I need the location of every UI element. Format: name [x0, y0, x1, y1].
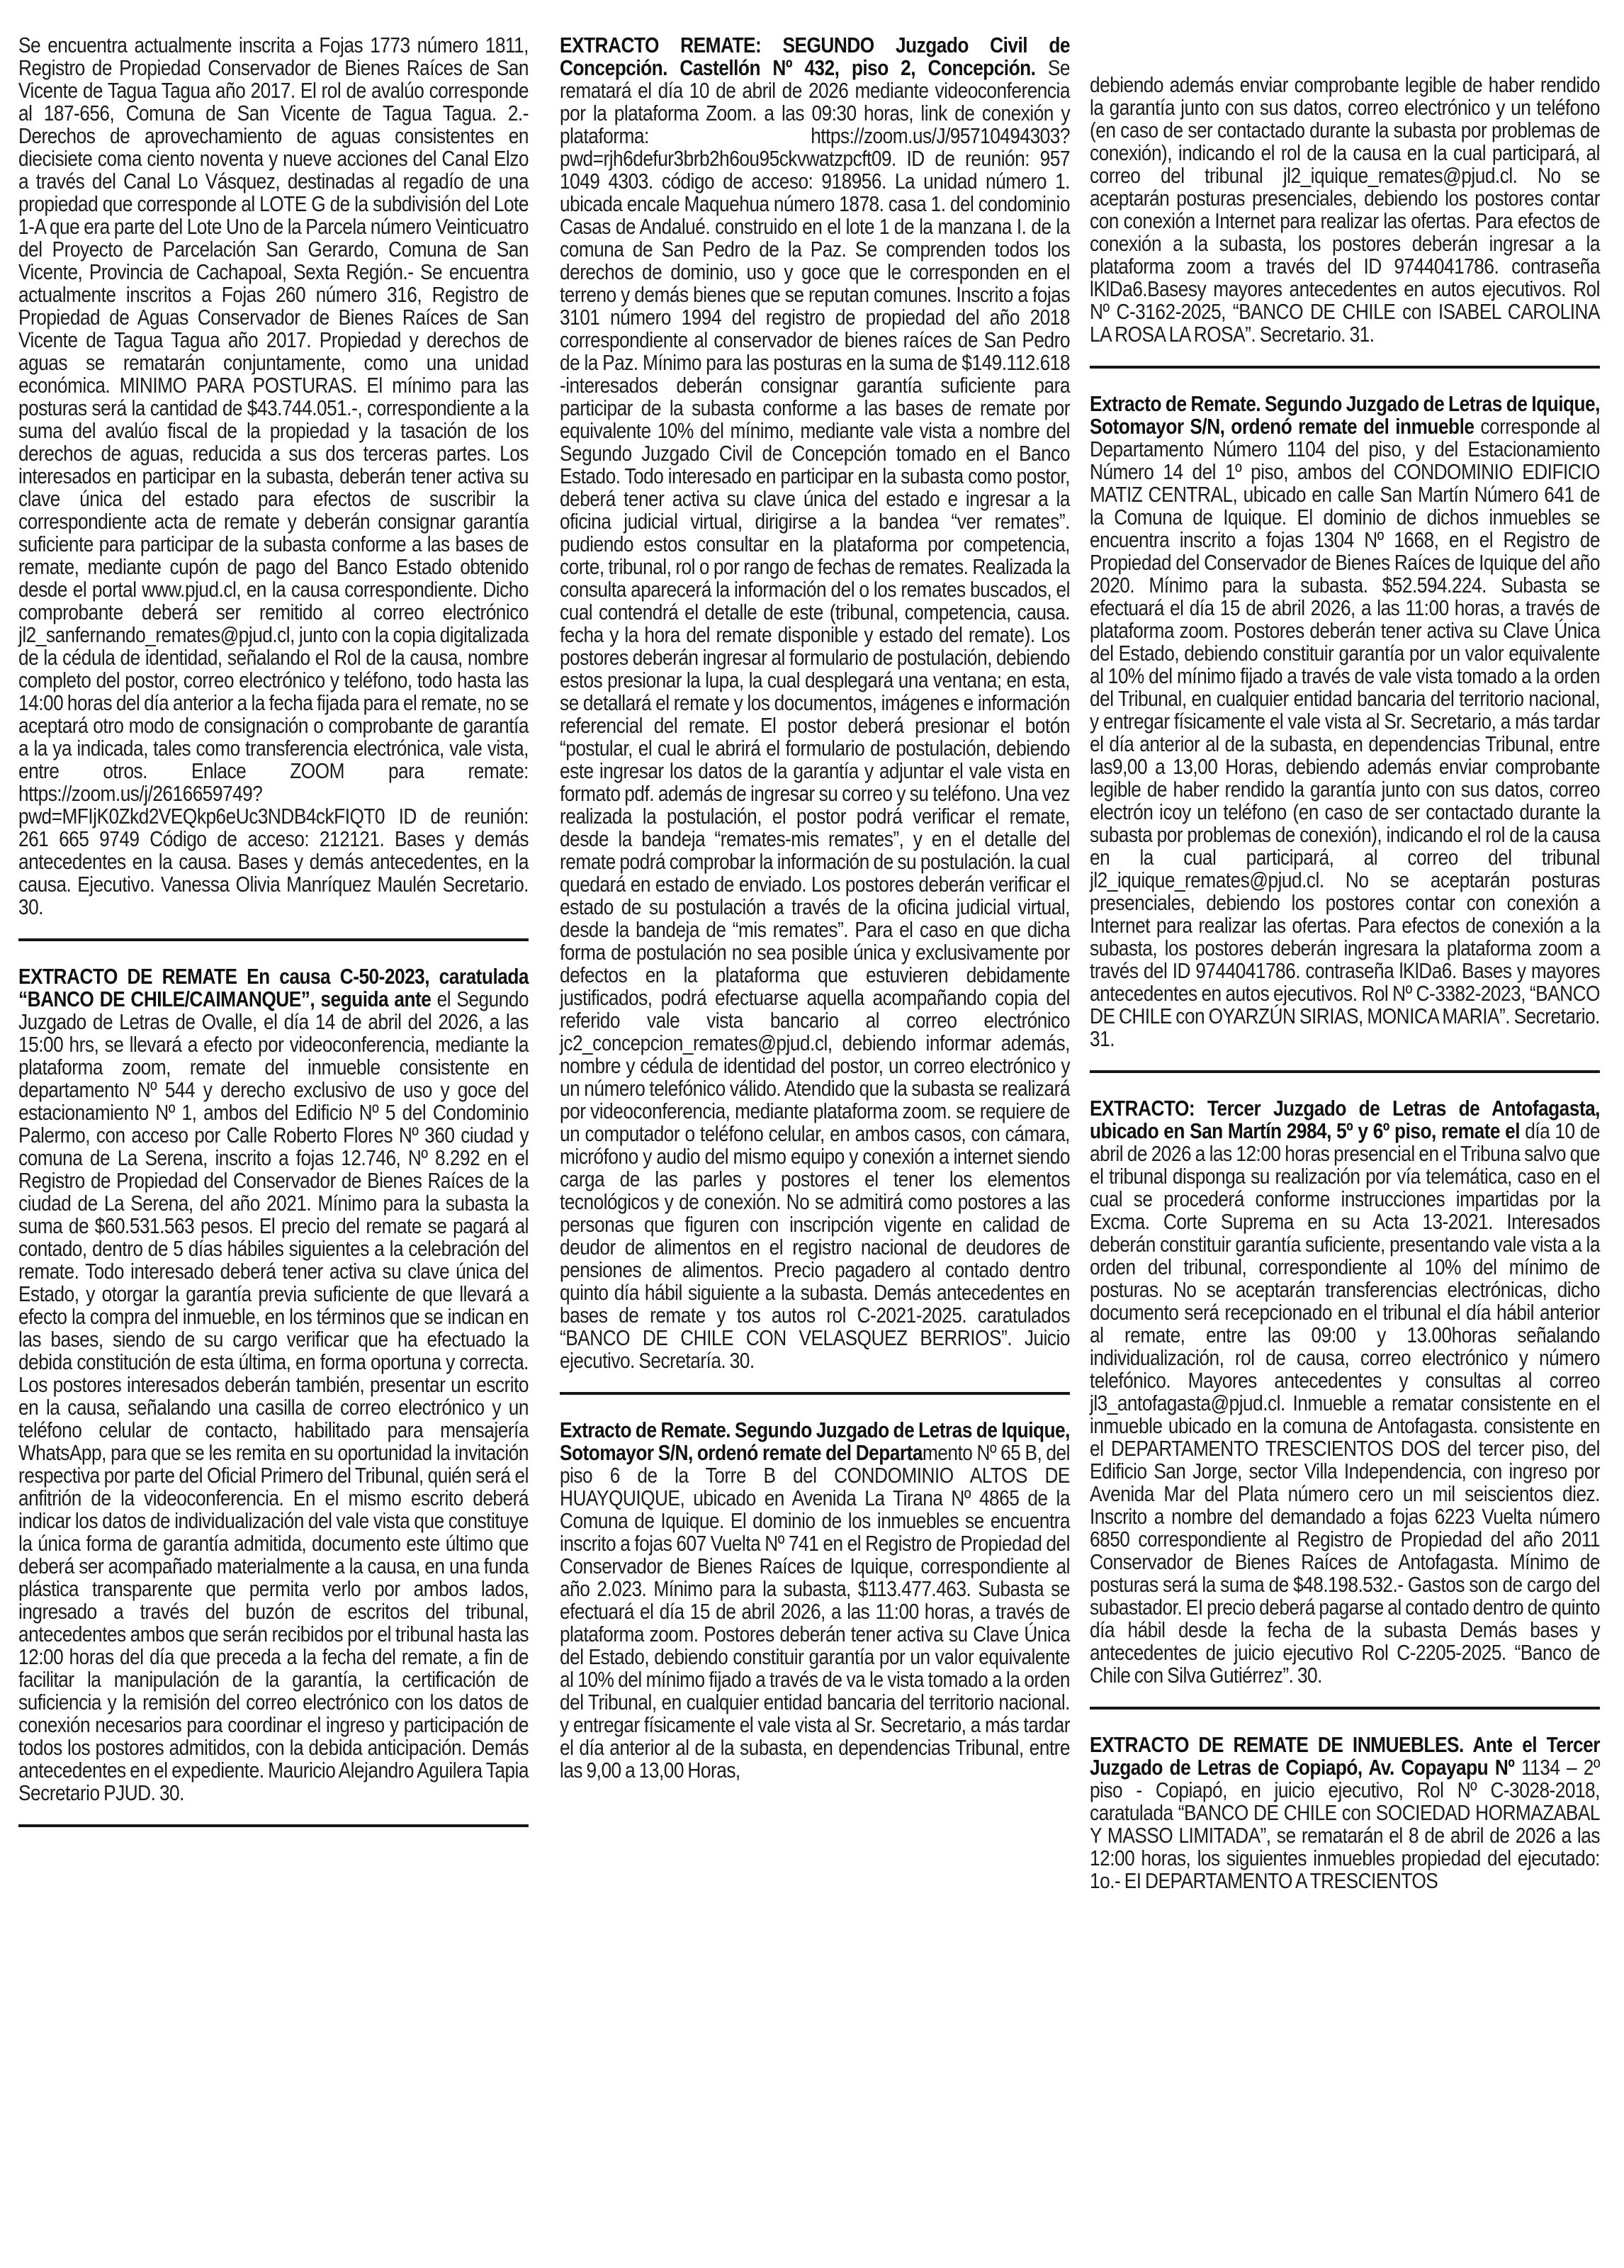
notice-body: corresponde al Departamento Número 1104 …	[1090, 414, 1600, 1051]
notice-body: día 10 de abril de 2026 a las 12:00 hora…	[1090, 1118, 1600, 1688]
notice-divider	[1090, 1707, 1600, 1710]
notice-body: mento Nº 65 B, del piso 6 de la Torre B …	[560, 1440, 1070, 1783]
legal-notice: debiendo además enviar comprobante legib…	[1090, 74, 1600, 346]
legal-notice: EXTRACTO DE REMATE En causa C-50-2023, c…	[18, 965, 529, 1804]
notice-divider	[1090, 366, 1600, 369]
legal-notice: EXTRACTO DE REMATE DE INMUEBLES. Ante el…	[1090, 1734, 1600, 1892]
notice-divider	[18, 1824, 529, 1827]
legal-notice: EXTRACTO: Tercer Juzgado de Letras de An…	[1090, 1097, 1600, 1687]
notice-body: el Segundo Juzgado de Letras de Ovalle, …	[18, 987, 529, 1805]
notice-divider	[1090, 1070, 1600, 1073]
notice-heading: EXTRACTO REMATE: SEGUNDO Juzgado Civil d…	[560, 33, 1070, 80]
notice-body: Se encuentra actualmente inscrita a Foja…	[18, 33, 529, 919]
column-1: Se encuentra actualmente inscrita a Foja…	[18, 34, 529, 1851]
notice-divider	[560, 1392, 1070, 1395]
notice-body: debiendo además enviar comprobante legib…	[1090, 72, 1600, 347]
column-2: EXTRACTO REMATE: SEGUNDO Juzgado Civil d…	[560, 34, 1070, 1782]
newspaper-page: Se encuentra actualmente inscrita a Foja…	[0, 0, 1624, 2268]
notice-body: Se rematará el día 10 de abril de 2026 m…	[560, 55, 1070, 1373]
legal-notice: Extracto de Remate. Segundo Juzgado de L…	[560, 1419, 1070, 1782]
column-3: debiendo además enviar comprobante legib…	[1090, 74, 1600, 1892]
legal-notice: Se encuentra actualmente inscrita a Foja…	[18, 34, 529, 919]
legal-notice: Extracto de Remate. Segundo Juzgado de L…	[1090, 393, 1600, 1050]
notice-divider	[18, 938, 529, 941]
legal-notice: EXTRACTO REMATE: SEGUNDO Juzgado Civil d…	[560, 34, 1070, 1372]
